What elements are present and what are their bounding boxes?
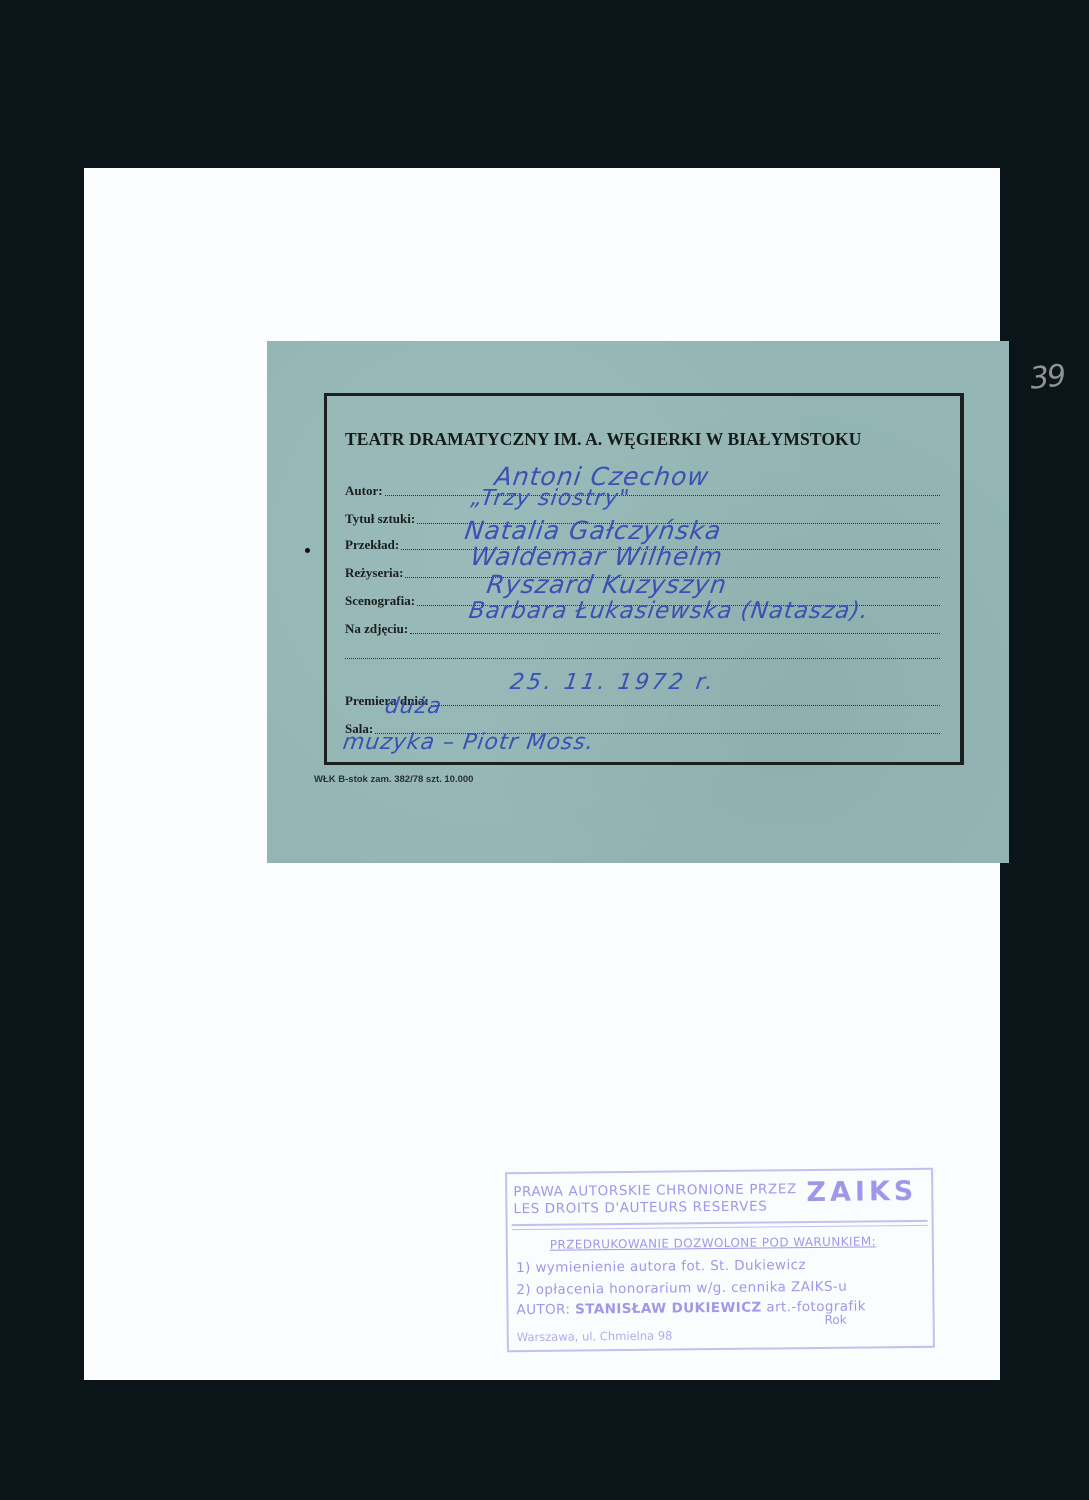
card-frame: TEATR DRAMATYCZNY IM. A. WĘGIERKI W BIAŁ…: [324, 393, 964, 765]
dotted-line: [410, 632, 940, 634]
theatre-title: TEATR DRAMATYCZNY IM. A. WĘGIERKI W BIAŁ…: [345, 429, 862, 450]
page-number: 39: [1028, 358, 1066, 396]
stamp-address: Warszawa, ul. Chmielna 98: [517, 1329, 673, 1345]
field-label: Autor:: [345, 483, 383, 500]
ink-dot: [305, 548, 310, 553]
field-label: Scenografia:: [345, 593, 415, 610]
music-credit: muzyka – Piotr Moss.: [341, 730, 596, 755]
stamp-rok: Rok: [824, 1313, 846, 1327]
field-value: Waldemar Wilhelm: [469, 542, 725, 571]
field-na-zdjeciu: Na zdjęciu: Barbara Łukasiewska (Natasza…: [345, 614, 940, 638]
stamp-conditions: PRZEDRUKOWANIE DOZWOLONE POD WARUNKIEM:: [550, 1234, 876, 1251]
field-value: Ryszard Kuzyszyn: [485, 570, 729, 599]
stamp-divider: [512, 1225, 928, 1230]
dotted-line: [431, 704, 940, 706]
field-value: 25. 11. 1972 r.: [508, 670, 717, 695]
field-label: Reżyseria:: [345, 565, 403, 582]
stamp-item-1: 1) wymienienie autora fot. St. Dukiewicz: [516, 1257, 806, 1276]
field-value: Natalia Gałczyńska: [463, 516, 724, 545]
print-info: WŁK B-stok zam. 382/78 szt. 10.000: [314, 774, 473, 785]
stamp-header: PRAWA AUTORSKIE CHRONIONE PRZEZ LES DROI…: [513, 1181, 797, 1218]
field-value: duża: [383, 694, 443, 719]
stamp-brand: ZAIKS: [806, 1176, 917, 1208]
zaiks-copyright-stamp: PRAWA AUTORSKIE CHRONIONE PRZEZ LES DROI…: [505, 1168, 935, 1352]
blank-dotted-line: [345, 658, 940, 659]
field-label: Przekład:: [345, 537, 399, 554]
field-label: Tytuł sztuki:: [345, 511, 415, 528]
field-value: „Trzy siostry": [469, 486, 631, 511]
field-label: Na zdjęciu:: [345, 621, 408, 638]
field-value: Barbara Łukasiewska (Natasza).: [467, 598, 870, 624]
dotted-line: [385, 494, 940, 496]
theatre-info-card: TEATR DRAMATYCZNY IM. A. WĘGIERKI W BIAŁ…: [267, 341, 1009, 863]
stamp-author: AUTOR: STANISŁAW DUKIEWICZ art.-fotograf…: [516, 1298, 866, 1318]
stamp-item-2: 2) opłacenia honorarium w/g. cennika ZAI…: [516, 1279, 847, 1298]
field-autor: Autor: Antoni Czechow: [345, 476, 940, 500]
